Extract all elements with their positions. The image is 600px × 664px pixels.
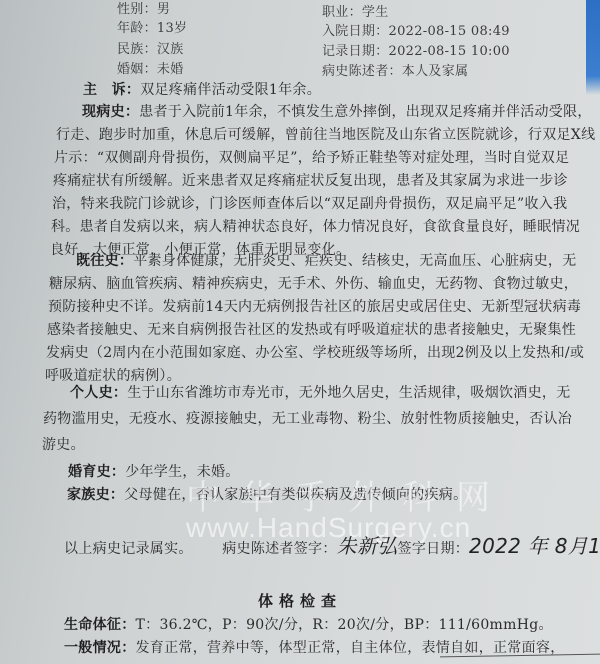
general-condition-line: 一般情况：发育正常，营养中等，体型正常，自主体位，表情自如，正常面容， [64, 639, 565, 657]
personal-history-label: 个人史： [70, 385, 127, 401]
marriage-history-label: 婚育史： [68, 464, 125, 480]
signer-label: 病史陈述者签字： [222, 541, 336, 557]
sign-date-label: 签字日期： [398, 541, 470, 557]
marital-field: 婚姻：未婚 [117, 61, 184, 79]
past-history-line: 预防接种史不详。发病前14天内无病例报告社区的旅居史或居住史、无新型冠状病毒 [48, 298, 581, 316]
gender-field: 性别：男 [117, 1, 170, 19]
vital-signs-line: 生命体征：T：36.2℃，P：90次/分，R：20次/分，BP：111/60mm… [64, 616, 553, 634]
general-condition-label: 一般情况： [64, 640, 136, 656]
present-illness-text: 患者于入院前1年余，不慎发生意外摔倒，出现双足疼痛并伴活动受限， [139, 104, 592, 120]
admission-date-field: 入院日期：2022-08-15 08:49 [322, 23, 510, 41]
vital-signs-label: 生命体征： [64, 617, 136, 633]
past-history-line: 糖尿病、脑血管疾病、精神疾病史，无手术、外伤、输血史，无药物、食物过敏史， [49, 275, 578, 293]
past-history-label: 既往史： [76, 253, 133, 269]
past-history-line: 感染者接触史、无来自病例报告社区的发热或有呼吸道症状的患者接触史，无聚集性 [47, 321, 576, 339]
handwritten-signature: 朱新弘 [337, 534, 398, 558]
vital-signs-text: T：36.2℃，P：90次/分，R：20次/分，BP：111/60mmHg。 [136, 617, 553, 633]
occupation-field: 职业：学生 [322, 4, 389, 22]
present-illness-line: 行走、跑步时加重，休息后可缓解，曾前往当地医院及山东省立医院就诊，行双足X线 [56, 126, 595, 144]
chief-complaint: 主 诉：双足疼痛伴活动受限1年余。 [83, 81, 321, 99]
past-history-line: 呼吸道症状的病例）。 [45, 367, 181, 385]
physical-exam-title: 体格检查 [0, 590, 600, 611]
medical-record-page: 性别：男 职业：学生 年龄：13岁 入院日期：2022-08-15 08:49 … [0, 0, 600, 664]
personal-history-line: 个人史：生于山东省潍坊市寿光市，无外地久居史，生活规律，吸烟饮酒史，无 [70, 384, 571, 402]
attestation-line: 以上病史记录属实。 病史陈述者签字：朱新弘签字日期：2022 年 8月15日 [64, 537, 600, 558]
present-illness-line: 疼痛症状有所缓解。近来患者双足疼痛症状反复出现，患者及其家属为求进一步诊 [53, 172, 568, 190]
chief-complaint-label: 主 诉： [83, 82, 140, 98]
family-history-label: 家族史： [67, 487, 124, 503]
present-illness-label: 现病史： [82, 104, 139, 120]
personal-history-text: 生于山东省潍坊市寿光市，无外地久居史，生活规律，吸烟饮酒史，无 [127, 385, 570, 401]
ethnicity-field: 民族：汉族 [117, 41, 184, 59]
past-history-line: 既往史：平素身体健康，无肝炎史、疟疾史、结核史，无高血压、心脏病史，无 [76, 252, 577, 270]
handwritten-date: 2022 年 8月15日 [469, 534, 600, 558]
past-history-text: 平素身体健康，无肝炎史、疟疾史、结核史，无高血压、心脏病史，无 [133, 253, 576, 269]
personal-history-line: 药物滥用史，无疫水、疫源接触史，无工业毒物、粉尘、放射性物质接触史，否认冶 [43, 410, 572, 428]
past-history-line: 发病史（2周内在小范围如家庭、办公室、学校班级等场所，出现2例及以上发热和/或 [46, 344, 584, 362]
present-illness-line: 现病史：患者于入院前1年余，不慎发生意外摔倒，出现双足疼痛并伴活动受限， [82, 103, 592, 121]
present-illness-line: 治，特来我院门诊就诊，门诊医师查体后以“双足副舟骨损伤，双足扁平足”收入我 [52, 195, 567, 213]
personal-history-line: 游史。 [42, 436, 85, 454]
age-field: 年龄：13岁 [117, 20, 187, 38]
blue-background-edge [586, 0, 600, 95]
informant-field: 病史陈述者：本人及家属 [322, 63, 468, 81]
present-illness-line: 科。患者自发病以来，病人精神状态良好，体力情况良好，食欲食量良好，睡眠情况 [51, 218, 580, 236]
general-condition-text: 发育正常，营养中等，体型正常，自主体位，表情自如，正常面容， [136, 640, 565, 656]
chief-complaint-text: 双足疼痛伴活动受限1年余。 [140, 82, 321, 98]
record-date-field: 记录日期：2022-08-15 10:00 [322, 43, 510, 61]
present-illness-line: 片示：“双侧副舟骨损伤，双侧扁平足”，给予矫正鞋垫等对症处理，当时自觉双足 [54, 149, 569, 167]
attestation-statement: 以上病史记录属实。 [64, 541, 193, 557]
